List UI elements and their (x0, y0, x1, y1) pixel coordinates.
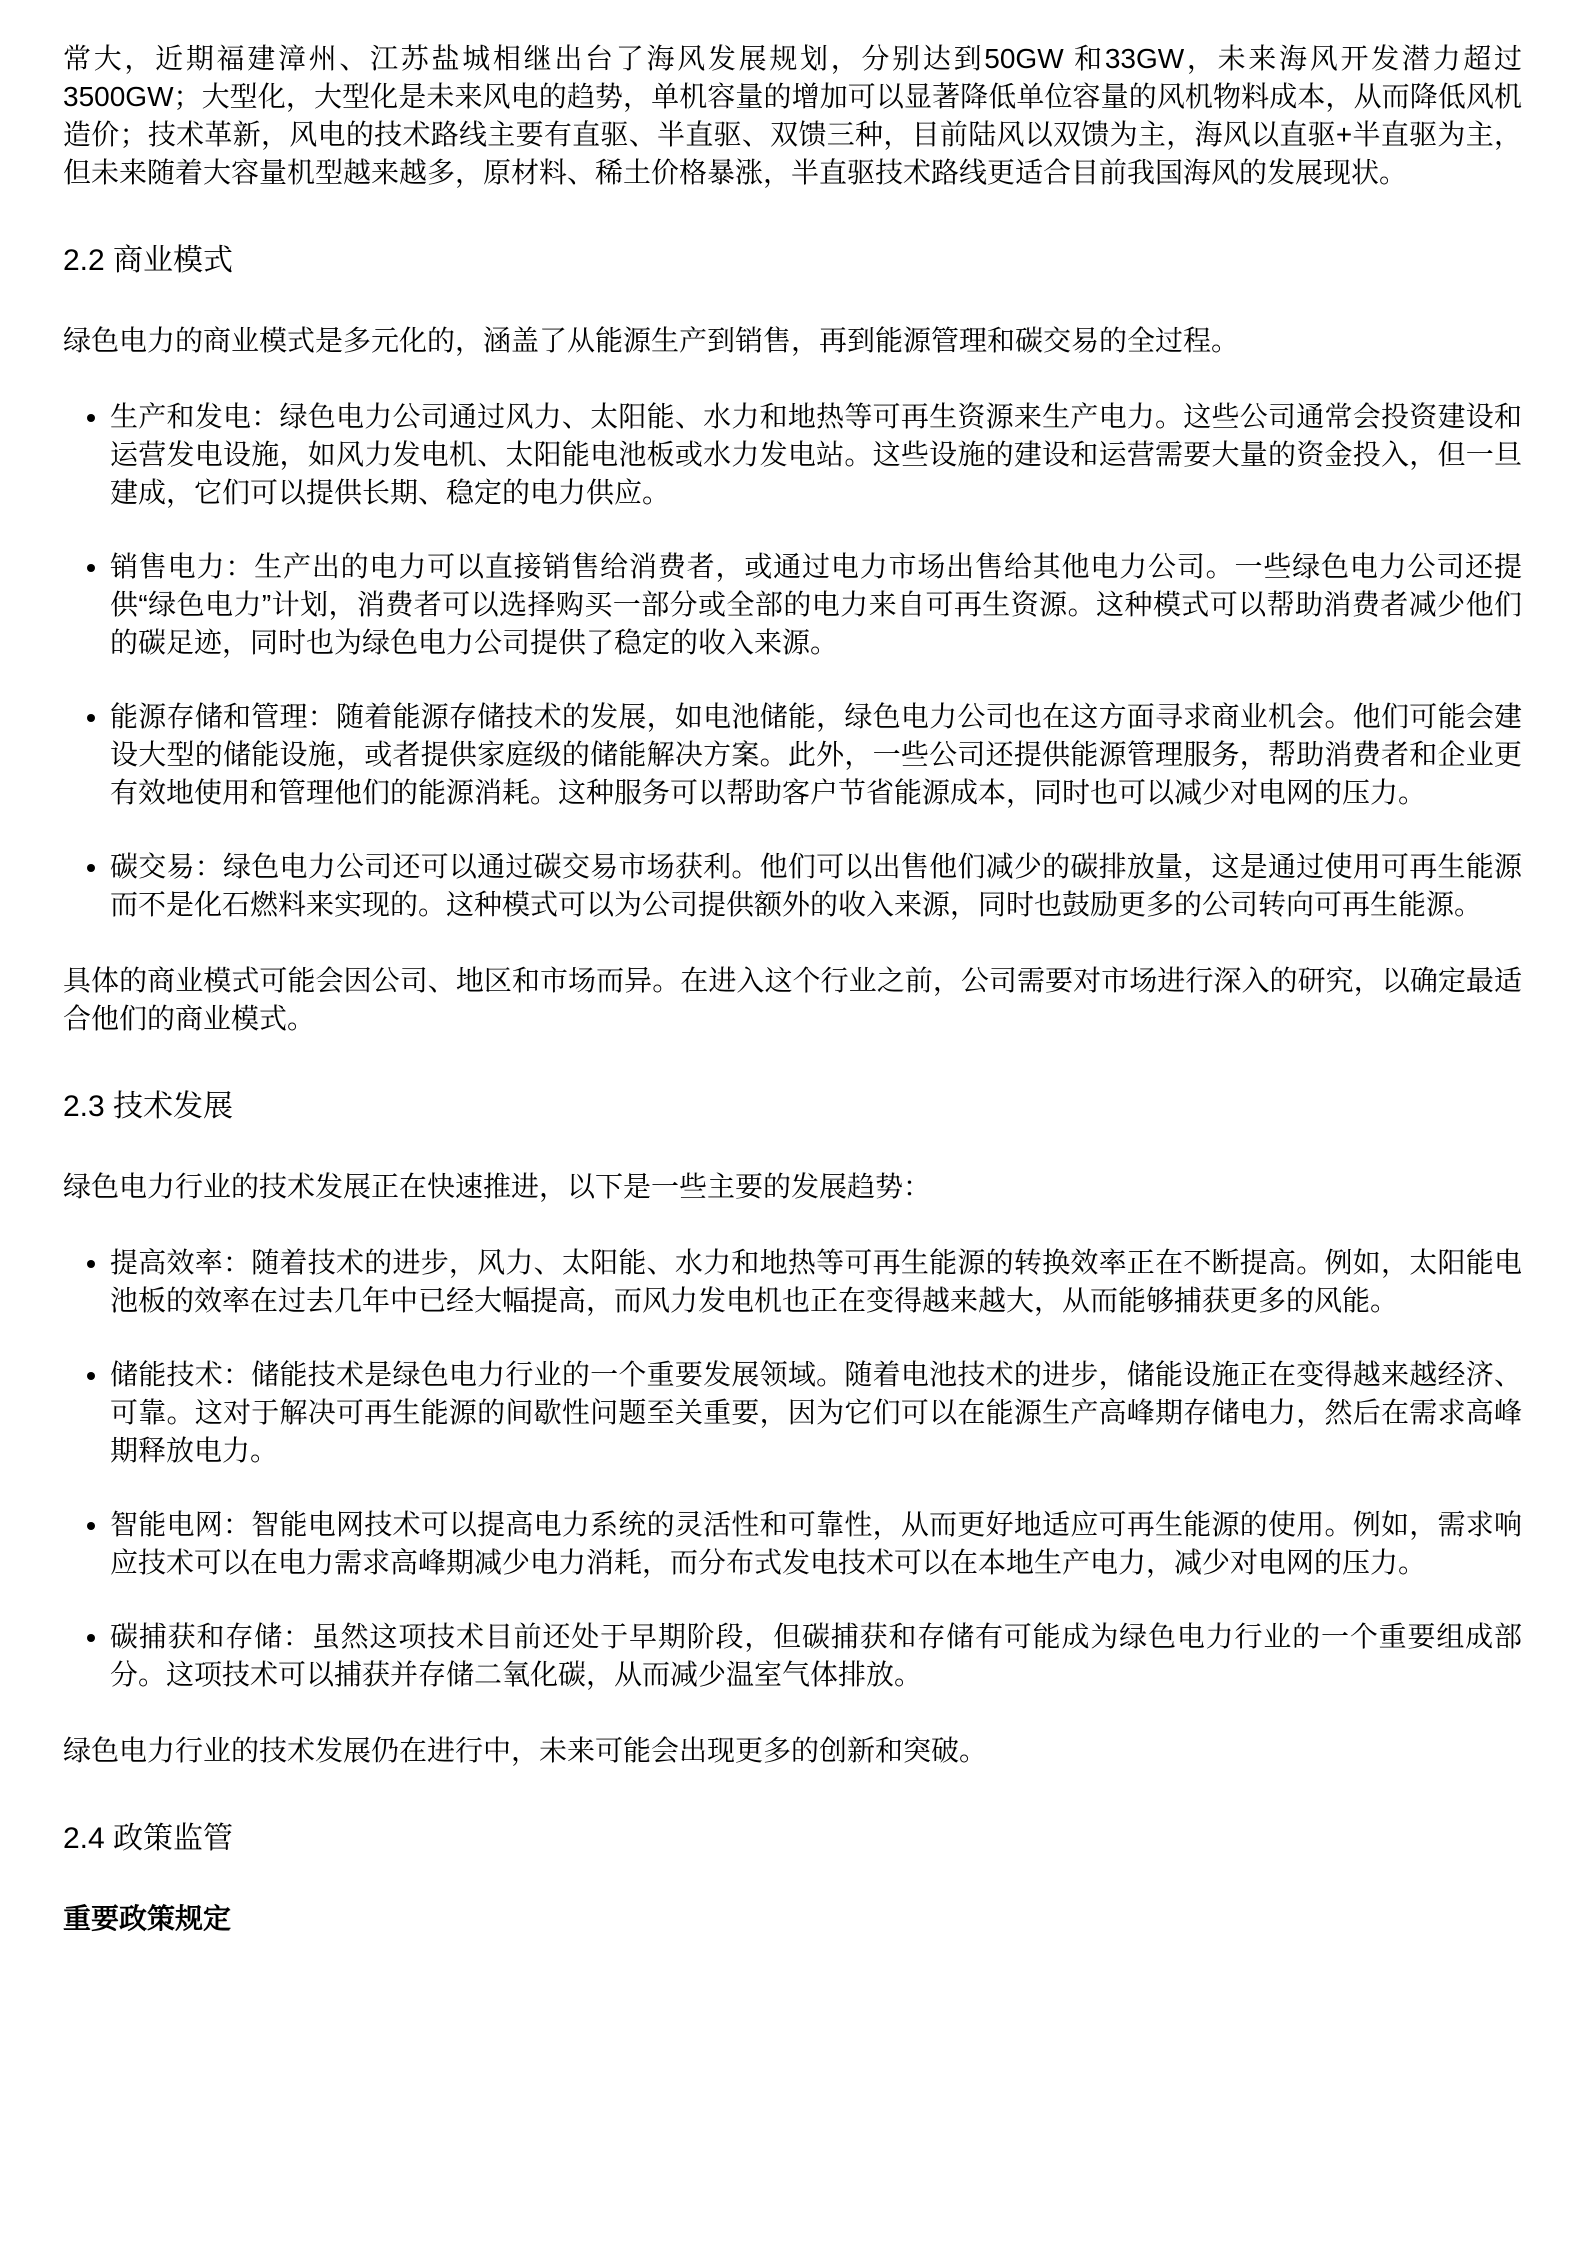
list-item: 智能电网：智能电网技术可以提高电力系统的灵活性和可靠性，从而更好地适应可再生能源… (110, 1506, 1522, 1582)
document-body: 常大，近期福建漳州、江苏盐城相继出台了海风发展规划，分别达到50GW 和33GW… (63, 40, 1522, 1938)
section-heading-policy: 2.4 政策监管 (63, 1818, 1522, 1860)
list-item: 能源存储和管理：随着能源存储技术的发展，如电池储能，绿色电力公司也在这方面寻求商… (110, 698, 1522, 812)
section-heading-business-model: 2.2 商业模式 (63, 240, 1522, 282)
section-heading-technology: 2.3 技术发展 (63, 1086, 1522, 1128)
list-item: 生产和发电：绿色电力公司通过风力、太阳能、水力和地热等可再生资源来生产电力。这些… (110, 398, 1522, 512)
list-item: 碳交易：绿色电力公司还可以通过碳交易市场获利。他们可以出售他们减少的碳排放量，这… (110, 848, 1522, 924)
business-model-closing-paragraph: 具体的商业模式可能会因公司、地区和市场而异。在进入这个行业之前，公司需要对市场进… (63, 962, 1522, 1038)
technology-lead-paragraph: 绿色电力行业的技术发展正在快速推进，以下是一些主要的发展趋势： (63, 1168, 1522, 1206)
list-item: 销售电力：生产出的电力可以直接销售给消费者，或通过电力市场出售给其他电力公司。一… (110, 548, 1522, 662)
technology-bullet-list: 提高效率：随着技术的进步，风力、太阳能、水力和地热等可再生能源的转换效率正在不断… (63, 1244, 1522, 1694)
document-page: 常大，近期福建漳州、江苏盐城相继出台了海风发展规划，分别达到50GW 和33GW… (0, 0, 1585, 2244)
intro-paragraph: 常大，近期福建漳州、江苏盐城相继出台了海风发展规划，分别达到50GW 和33GW… (63, 40, 1522, 192)
list-item: 储能技术：储能技术是绿色电力行业的一个重要发展领域。随着电池技术的进步，储能设施… (110, 1356, 1522, 1470)
list-item: 碳捕获和存储：虽然这项技术目前还处于早期阶段，但碳捕获和存储有可能成为绿色电力行… (110, 1618, 1522, 1694)
technology-closing-paragraph: 绿色电力行业的技术发展仍在进行中，未来可能会出现更多的创新和突破。 (63, 1732, 1522, 1770)
policy-subheading: 重要政策规定 (63, 1900, 1522, 1938)
business-model-bullet-list: 生产和发电：绿色电力公司通过风力、太阳能、水力和地热等可再生资源来生产电力。这些… (63, 398, 1522, 924)
list-item: 提高效率：随着技术的进步，风力、太阳能、水力和地热等可再生能源的转换效率正在不断… (110, 1244, 1522, 1320)
business-model-lead-paragraph: 绿色电力的商业模式是多元化的，涵盖了从能源生产到销售，再到能源管理和碳交易的全过… (63, 322, 1522, 360)
